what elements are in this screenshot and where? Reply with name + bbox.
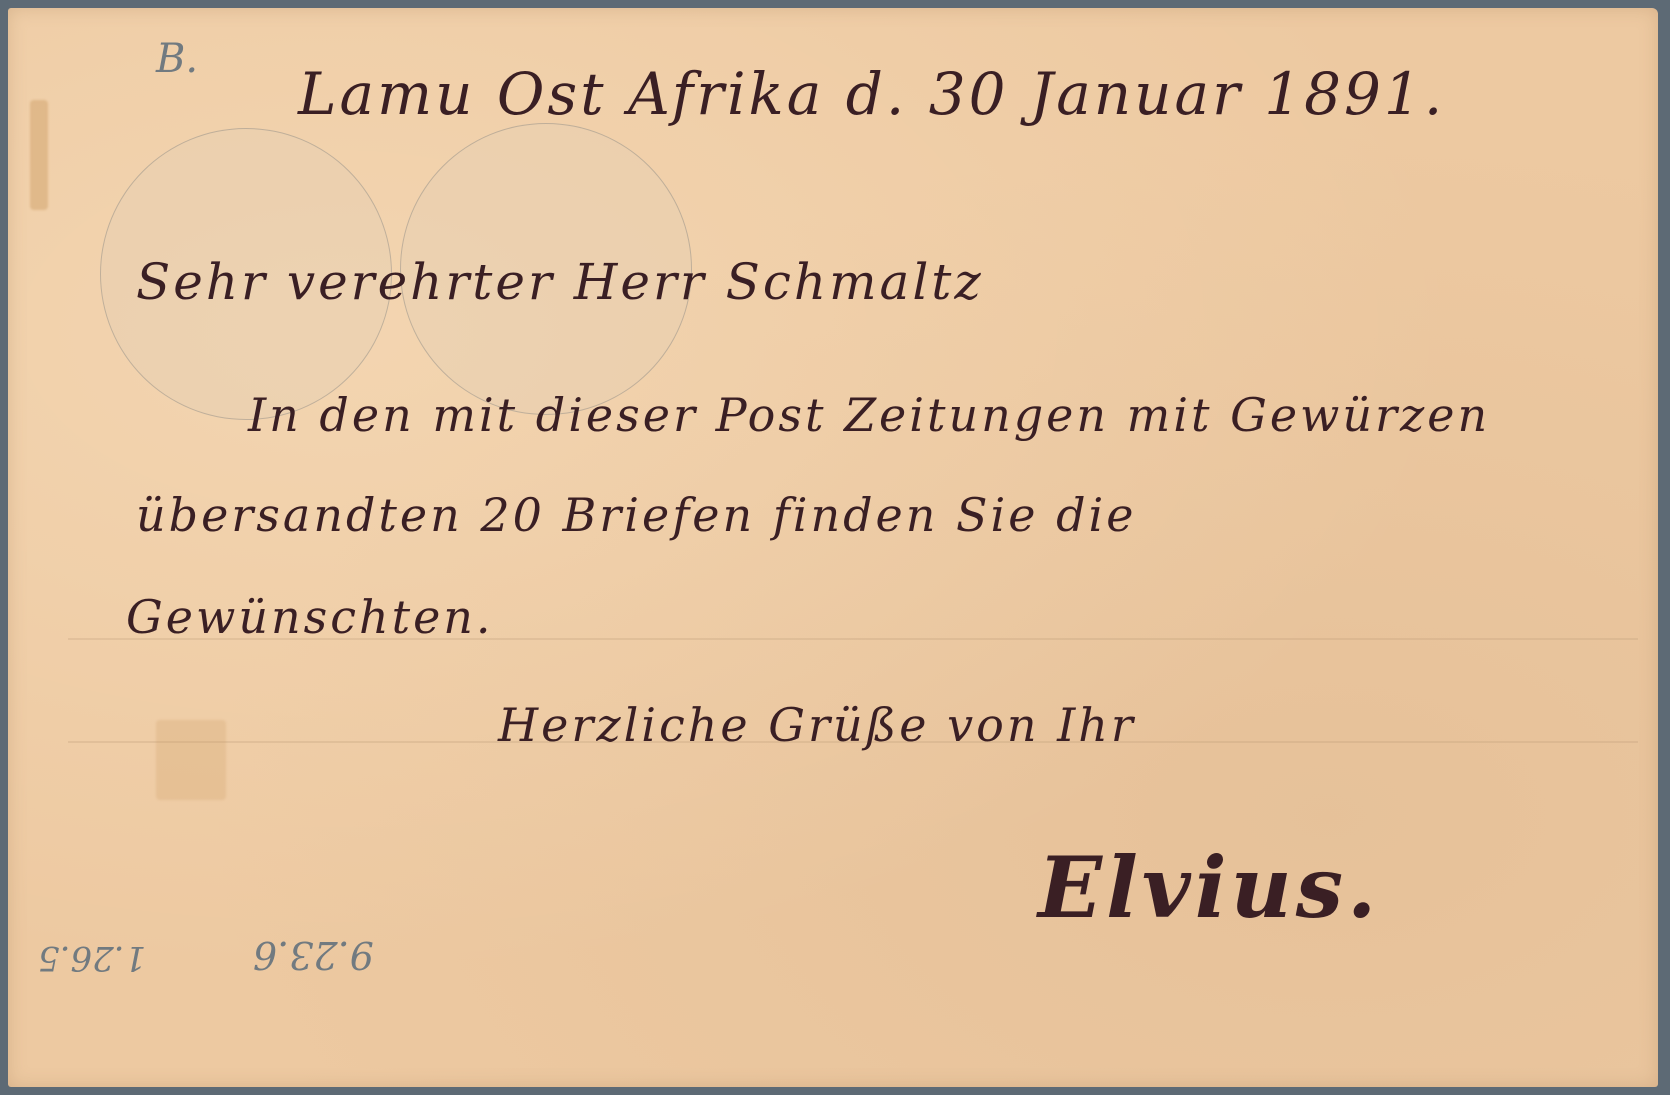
crest-stain bbox=[156, 720, 226, 800]
signature: Elvius. bbox=[1038, 838, 1380, 937]
body-line: In den mit dieser Post Zeitungen mit Gew… bbox=[248, 388, 1490, 442]
postcard: B. Lamu Ost Afrika d. 30 Januar 1891. Se… bbox=[8, 8, 1658, 1087]
body-line: Gewünschten. bbox=[126, 590, 494, 644]
closing: Herzliche Grüße von Ihr bbox=[498, 698, 1136, 752]
pencil-mark-bottom-middle: 9.23.6 bbox=[253, 933, 374, 977]
letter-heading: Lamu Ost Afrika d. 30 Januar 1891. bbox=[298, 60, 1445, 128]
salutation: Sehr verehrter Herr Schmaltz bbox=[136, 253, 984, 311]
body-line: übersandten 20 Briefen finden Sie die bbox=[136, 488, 1136, 542]
pencil-mark-bottom-left: 1.26.5 bbox=[38, 938, 146, 978]
stain bbox=[30, 100, 48, 210]
pencil-mark-top: B. bbox=[156, 36, 198, 82]
